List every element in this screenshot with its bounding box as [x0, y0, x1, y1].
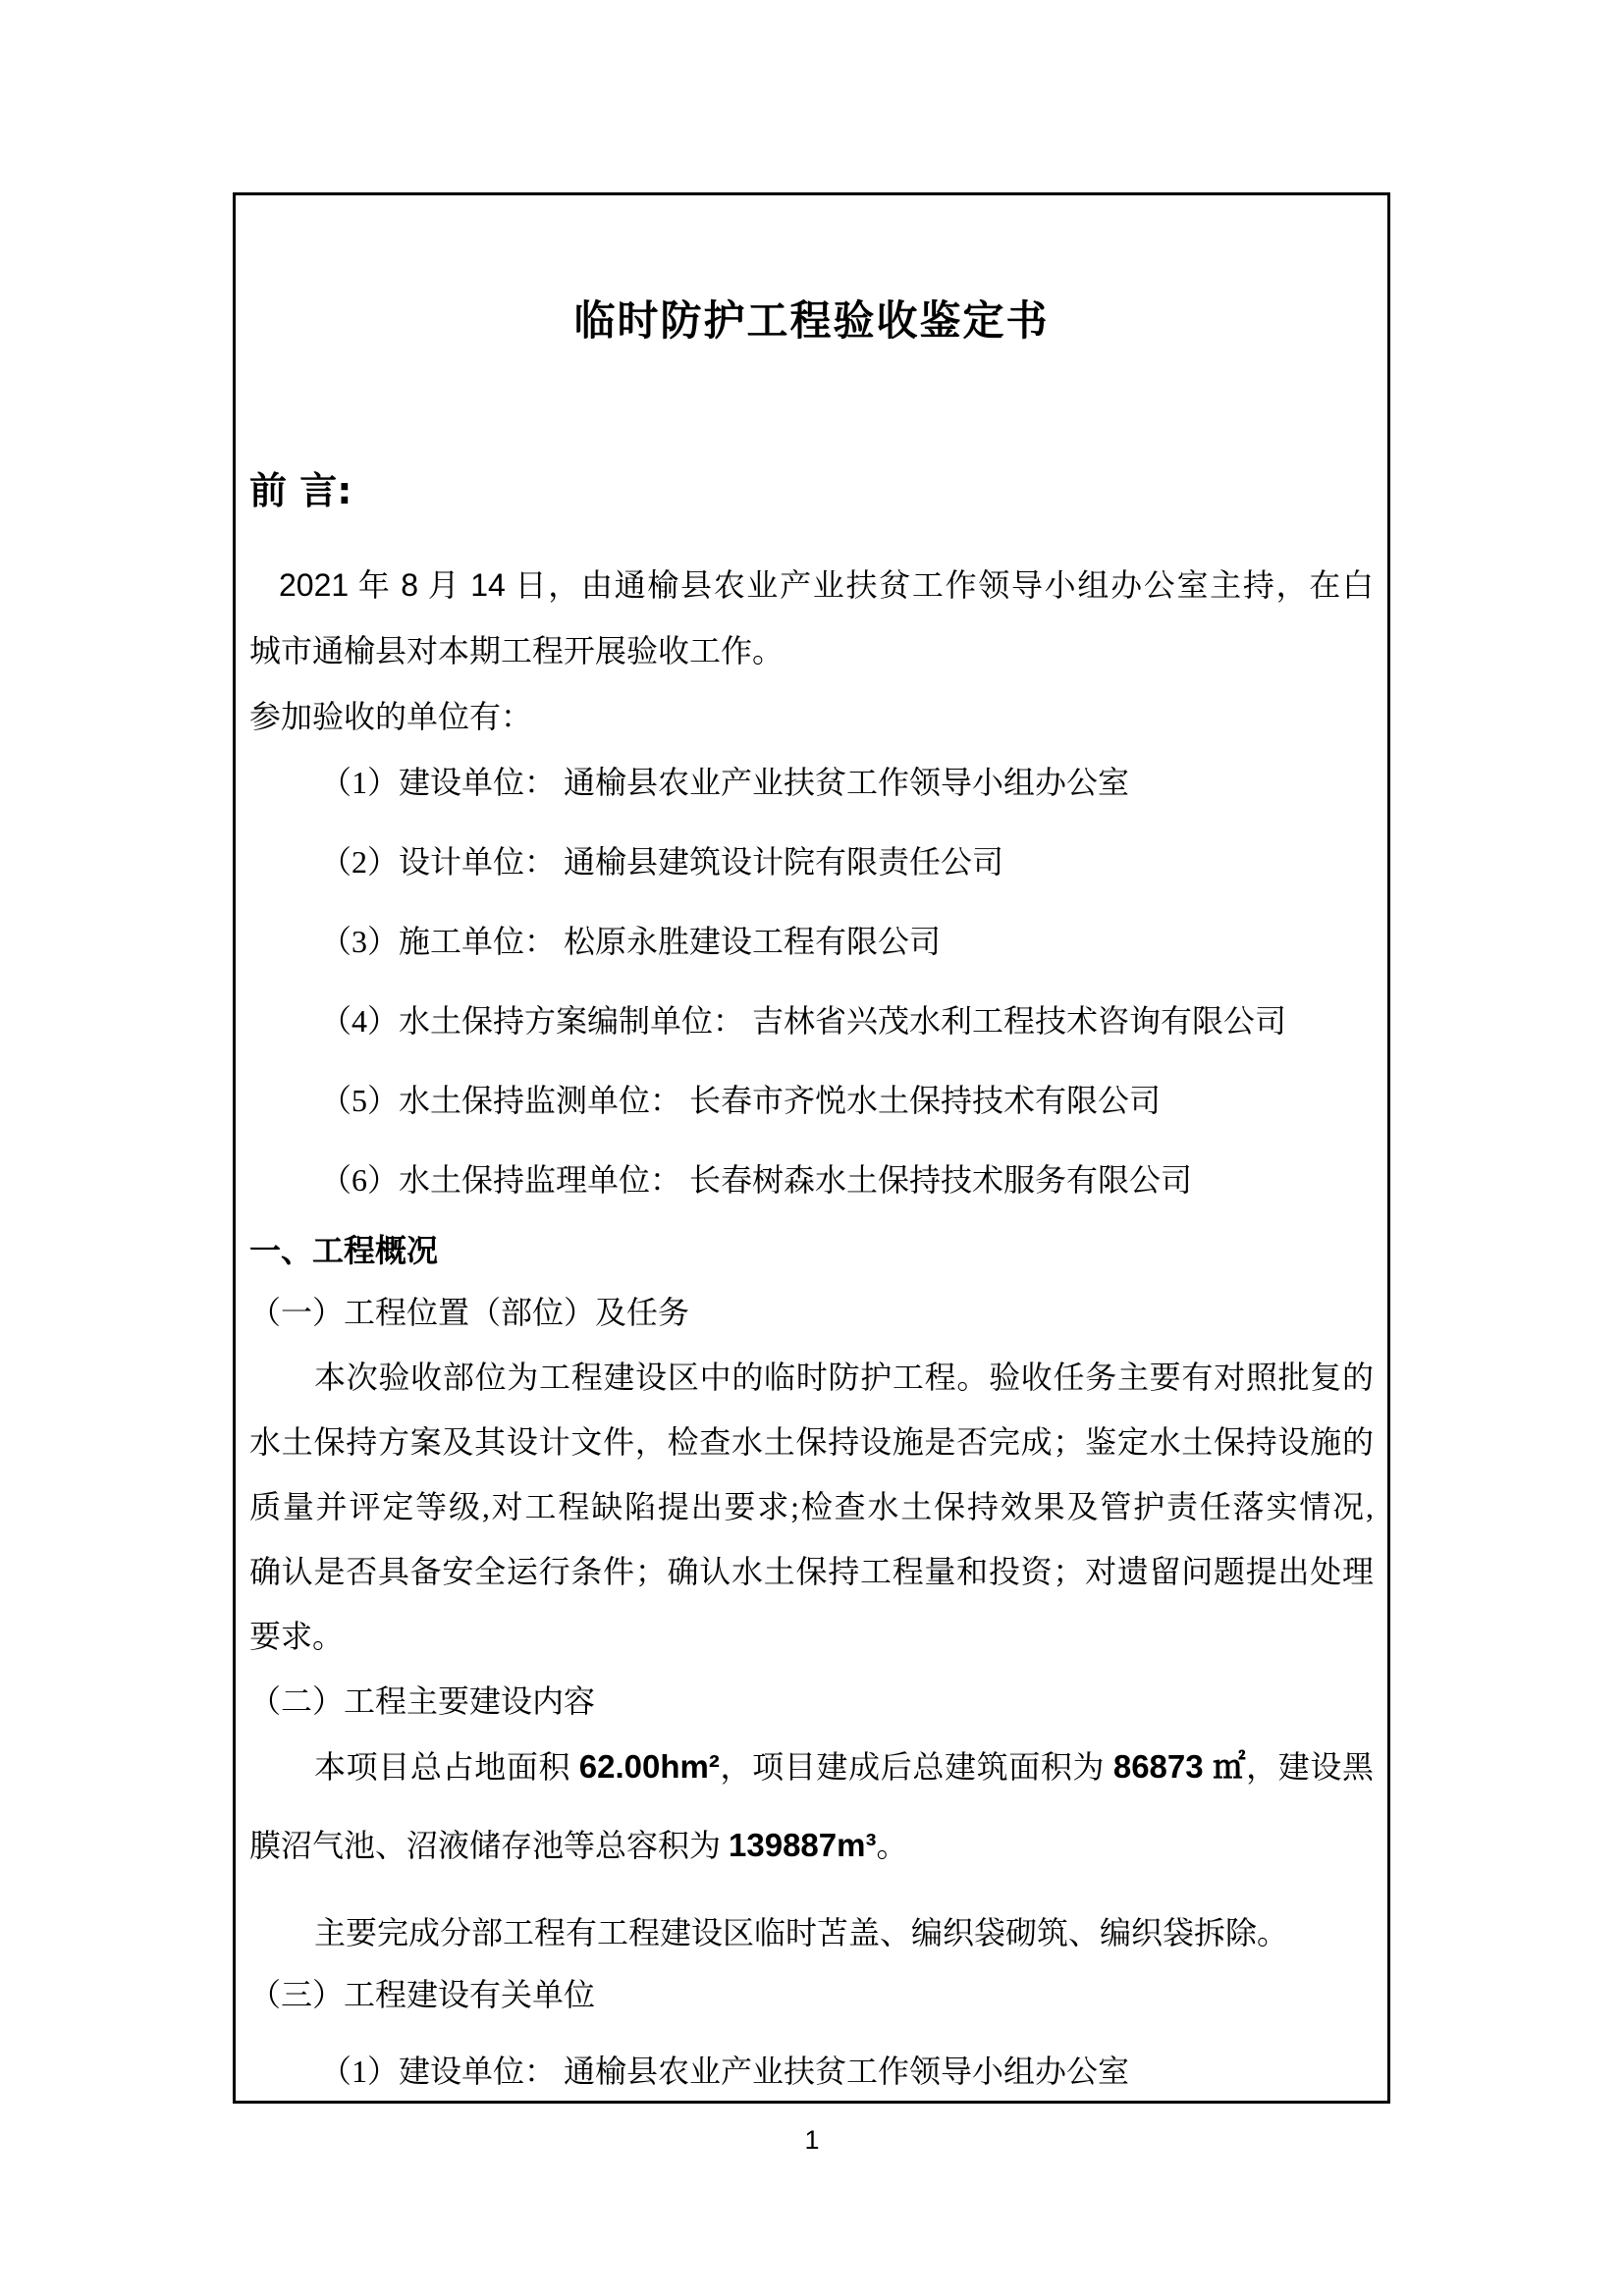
section1-heading: 一、工程概况: [249, 1221, 1374, 1280]
text-line: 城市通榆县对本期工程开展验收工作。: [249, 618, 1374, 684]
sub3-heading: （三）工程建设有关单位: [249, 1962, 1374, 2027]
sub2-paragraph-areas: 本项目总占地面积 62.00hm²，项目建成后总建筑面积为 86873 ㎡，建设…: [249, 1728, 1374, 1885]
text-line: 主要完成分部工程有工程建设区临时苫盖、编织袋砌筑、编织袋拆除。: [249, 1900, 1374, 1966]
list-item: （6）水土保持监理单位： 长春树森水土保持技术服务有限公司: [249, 1148, 1374, 1213]
text-line: 水土保持方案及其设计文件，检查水土保持设施是否完成；鉴定水土保持设施的: [249, 1410, 1374, 1474]
list-item: （5）水土保持监测单位： 长春市齐悦水土保持技术有限公司: [249, 1068, 1374, 1134]
text-line: 质量并评定等级,对工程缺陷提出要求;检查水土保持效果及管护责任落实情况,: [249, 1474, 1374, 1539]
text-line: 膜沼气池、沼液储存池等总容积为 139887m³。: [249, 1806, 1374, 1885]
document-title: 临时防护工程验收鉴定书: [249, 295, 1374, 348]
numeric-value: 2021: [279, 567, 349, 603]
sub1-paragraph: 本次验收部位为工程建设区中的临时防护工程。验收任务主要有对照批复的水土保持方案及…: [249, 1345, 1374, 1669]
list-item: （1）建设单位： 通榆县农业产业扶贫工作领导小组办公室: [249, 2039, 1374, 2104]
page-number: 1: [0, 2125, 1624, 2156]
numeric-value: 14: [470, 567, 506, 603]
participants-intro: 参加验收的单位有：: [249, 684, 1374, 750]
list-item: （4）水土保持方案编制单位： 吉林省兴茂水利工程技术咨询有限公司: [249, 988, 1374, 1054]
text-segment: 本项目总占地面积: [314, 1749, 579, 1785]
sub1-heading: （一）工程位置（部位）及任务: [249, 1280, 1374, 1345]
numeric-value: 86873 ㎡: [1113, 1748, 1246, 1785]
text-segment: 膜沼气池、沼液储存池等总容积为: [249, 1828, 729, 1863]
text-line: 要求。: [249, 1604, 1374, 1669]
list-item: （1）建设单位： 通榆县农业产业扶贫工作领导小组办公室: [249, 750, 1374, 816]
numeric-value: 139887m³: [729, 1827, 876, 1863]
numeric-value: 62.00hm²: [579, 1748, 720, 1785]
preface-heading: 前 言:: [249, 466, 1374, 515]
text-segment: 。: [876, 1828, 907, 1863]
text-segment: 年: [349, 567, 401, 603]
list-item: （2）设计单位： 通榆县建筑设计院有限责任公司: [249, 829, 1374, 895]
sub2-paragraph-works: 主要完成分部工程有工程建设区临时苫盖、编织袋砌筑、编织袋拆除。: [249, 1900, 1374, 1966]
list-item: （3）施工单位： 松原永胜建设工程有限公司: [249, 909, 1374, 975]
text-segment: 日，由通榆县农业产业扶贫工作领导小组办公室主持，在白: [506, 567, 1374, 603]
preface-paragraph: 2021 年 8 月 14 日，由通榆县农业产业扶贫工作领导小组办公室主持，在白…: [249, 553, 1374, 684]
sub2-heading: （二）工程主要建设内容: [249, 1669, 1374, 1734]
text-segment: 月: [418, 567, 470, 603]
text-line: 2021 年 8 月 14 日，由通榆县农业产业扶贫工作领导小组办公室主持，在白: [249, 553, 1374, 618]
text-segment: ，项目建成后总建筑面积为: [720, 1749, 1113, 1785]
text-line: 本次验收部位为工程建设区中的临时防护工程。验收任务主要有对照批复的: [249, 1345, 1374, 1410]
page-border-frame: 临时防护工程验收鉴定书 前 言: 2021 年 8 月 14 日，由通榆县农业产…: [233, 192, 1390, 2104]
text-segment: ，建设黑: [1246, 1749, 1374, 1785]
numeric-value: 8: [401, 567, 418, 603]
text-line: 本项目总占地面积 62.00hm²，项目建成后总建筑面积为 86873 ㎡，建设…: [249, 1728, 1374, 1806]
participating-units-list: （1）建设单位： 通榆县农业产业扶贫工作领导小组办公室（2）设计单位： 通榆县建…: [249, 750, 1374, 1213]
sub3-units-list: （1）建设单位： 通榆县农业产业扶贫工作领导小组办公室: [249, 2039, 1374, 2104]
document-page: 临时防护工程验收鉴定书 前 言: 2021 年 8 月 14 日，由通榆县农业产…: [0, 0, 1624, 2296]
text-line: 确认是否具备安全运行条件；确认水土保持工程量和投资；对遗留问题提出处理: [249, 1539, 1374, 1604]
